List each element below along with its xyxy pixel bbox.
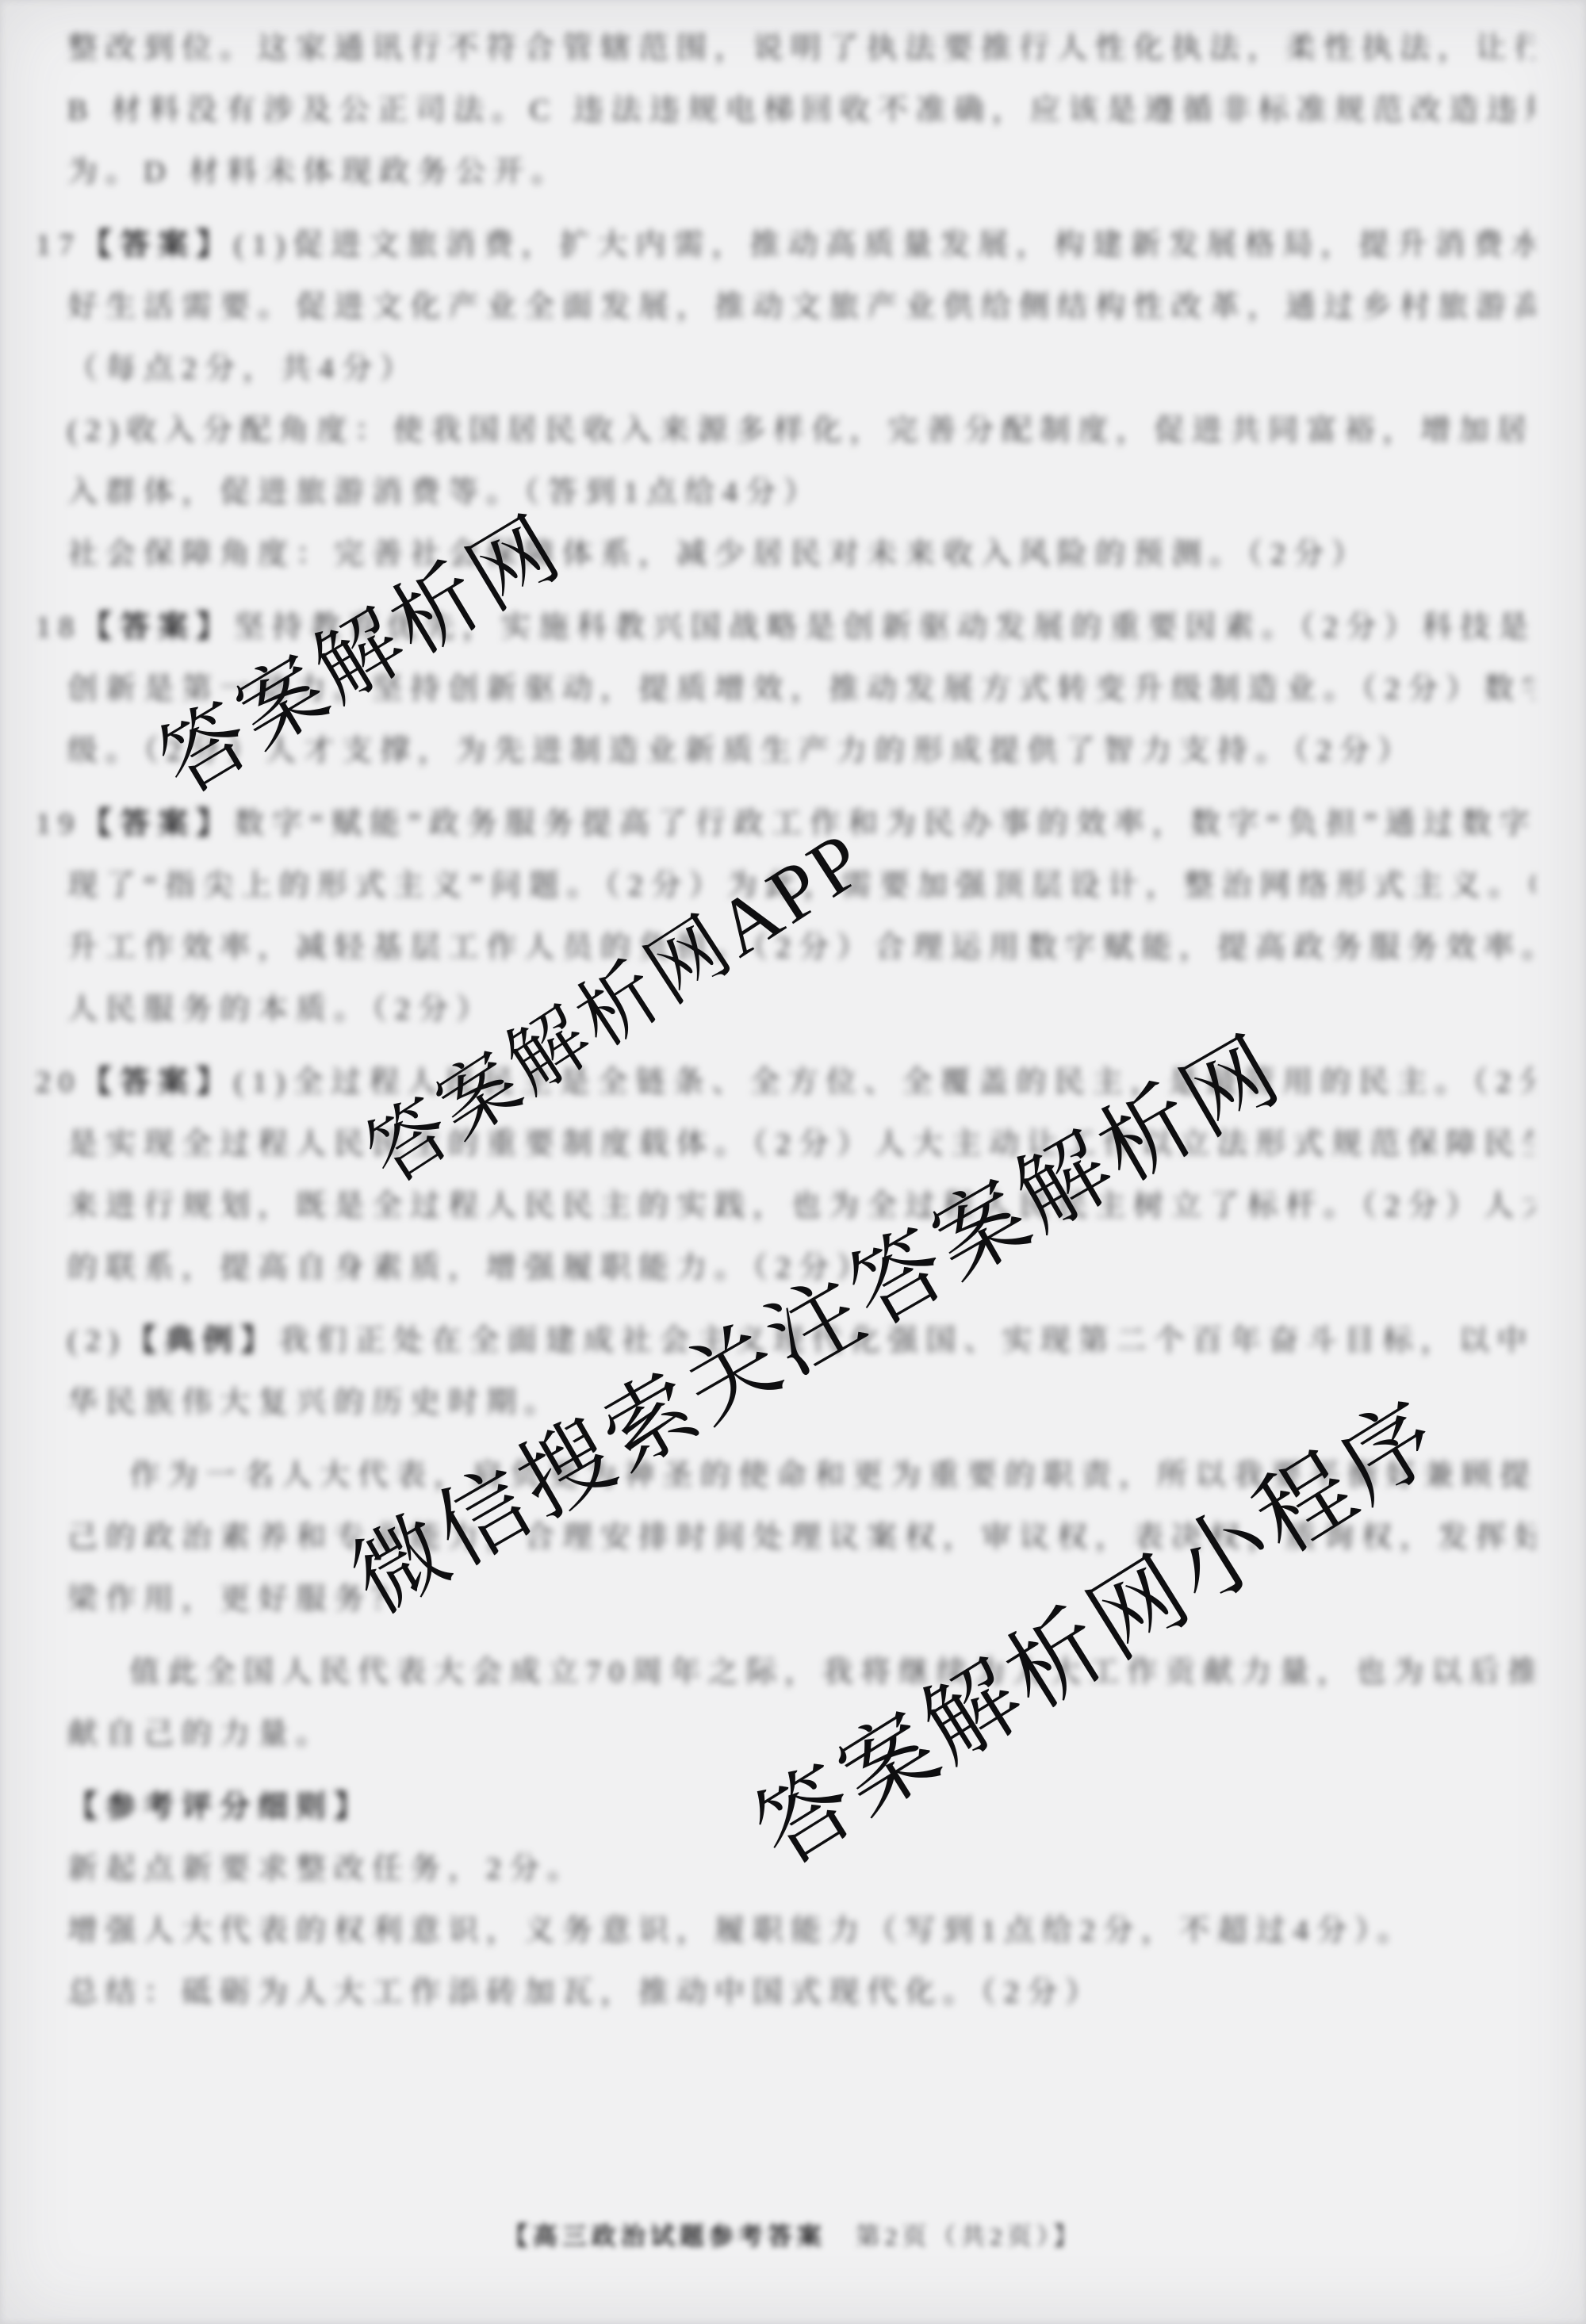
bold-text-run: 【答案】 — [82, 1066, 234, 1099]
text-run: 社会保障角度：完善社会保障体系，减少居民对未来收入风险的预测。（2分） — [67, 538, 1370, 571]
text-run: 人民服务的本质。（2分） — [67, 993, 494, 1026]
text-line: 增强人大代表的权利意识，义务意识，履职能力（写到1点给2分，不超过4分）。 — [67, 1900, 1534, 1962]
bold-text-run: 【答案】 — [82, 807, 234, 840]
text-run: B 材料没有涉及公正司法。C 违法违规电梯回收不准确，应该是遵循非标准规范改造违… — [67, 94, 1534, 127]
scanned-answer-sheet-page: { "page": { "background_color": "#f1f1f2… — [0, 0, 1586, 2324]
text-run: 华民族伟大复兴的历史时期。 — [67, 1386, 562, 1419]
text-line: 20【答案】(1)全过程人民民主是全链条、全方位、全覆盖的民主，是最管用的民主。… — [36, 1051, 1534, 1113]
text-line: 好生活需要。促进文化产业全面发展，推动文旅产业供给侧结构性改革，通过乡村旅游高质… — [67, 276, 1534, 338]
text-line: 梁作用，更好服务？ — [67, 1568, 1534, 1630]
text-line: 值此全国人民代表大会成立70周年之际，我将继续为人大工作贡献力量，也为以后推动中… — [67, 1641, 1534, 1703]
text-run: 献自己的力量。 — [67, 1717, 334, 1751]
text-run: 梁作用，更好服务？ — [67, 1583, 410, 1616]
text-run: (1)促进文旅消费，扩大内需，推动高质量发展，构建新发展格局，提升消费水平，满足… — [234, 228, 1534, 262]
text-line: 17【答案】(1)促进文旅消费，扩大内需，推动高质量发展，构建新发展格局，提升消… — [36, 214, 1534, 276]
text-run: (2)收入分配角度：使我国居民收入来源多样化，完善分配制度，促进共同富裕，增加居… — [67, 414, 1534, 447]
text-run: 为。D 材料未体现政务公开。 — [67, 155, 569, 189]
text-line: B 材料没有涉及公正司法。C 违法违规电梯回收不准确，应该是遵循非标准规范改造违… — [67, 79, 1534, 141]
text-line: 入群体，促进旅游消费等。（答到1点给4分） — [67, 461, 1534, 523]
text-run: 18 — [36, 611, 82, 644]
text-run: 20 — [36, 1066, 82, 1099]
text-run: 来进行规划，既是全过程人民民主的实践，也为全过程人民民主树立了标杆。（2分）人大… — [67, 1189, 1534, 1223]
text-run: 增强人大代表的权利意识，义务意识，履职能力（写到1点给2分，不超过4分）。 — [67, 1914, 1416, 1947]
text-line: (2)收入分配角度：使我国居民收入来源多样化，完善分配制度，促进共同富裕，增加居… — [67, 400, 1534, 461]
text-run: 总结：砥砺为人大工作添砖加瓦，推动中国式现代化。（2分） — [67, 1976, 1103, 2009]
text-run: 值此全国人民代表大会成立70周年之际，我将继续为人大工作贡献力量，也为以后推动中… — [129, 1656, 1534, 1689]
text-line: 是实现全过程人民民主的重要制度载体。（2分）人大主动让工作以立法形式规范保障民生… — [67, 1113, 1534, 1175]
paragraph-2: 17【答案】(1)促进文旅消费，扩大内需，推动高质量发展，构建新发展格局，提升消… — [67, 214, 1534, 585]
bold-text-run: 【答案】 — [82, 228, 234, 262]
text-line: 总结：砥砺为人大工作添砖加瓦，推动中国式现代化。（2分） — [67, 1962, 1534, 2023]
bold-text-run: 【典例】 — [126, 1324, 278, 1357]
page-footer: 【高三政治试题参考答案 第2页（共2页）】 — [0, 2217, 1586, 2257]
bold-text-run: 【参考评分细则】 — [67, 1790, 372, 1824]
text-run: 好生活需要。促进文化产业全面发展，推动文旅产业供给侧结构性改革，通过乡村旅游高质… — [67, 290, 1534, 324]
text-run: 入群体，促进旅游消费等。（答到1点给4分） — [67, 476, 822, 509]
footer-page-number: 第2页（共2页）】 — [826, 2223, 1083, 2250]
text-run: 数字“赋能”政务服务提高了行政工作和为民办事的效率，数字“负担”通过数字电子手段… — [234, 807, 1534, 840]
text-line: 人民服务的本质。（2分） — [67, 978, 1534, 1040]
text-run: 整改到位。这家通讯行不符合管辖范围，说明了执法要推行人性化执法，柔性执法，让行政… — [67, 32, 1534, 65]
text-run: （每点2分，共4分） — [67, 352, 418, 385]
bold-text-run: 【答案】 — [82, 611, 234, 644]
text-line: 为。D 材料未体现政务公开。 — [67, 141, 1534, 203]
text-run: 17 — [36, 228, 82, 262]
text-line: 社会保障角度：完善社会保障体系，减少居民对未来收入风险的预测。（2分） — [67, 523, 1534, 585]
text-run: 19 — [36, 807, 82, 840]
footer-title: 【高三政治试题参考答案 — [504, 2223, 826, 2250]
text-run: (2) — [67, 1324, 126, 1357]
text-run: 新起点新要求整改任务，2分。 — [67, 1852, 585, 1886]
text-line: 来进行规划，既是全过程人民民主的实践，也为全过程人民民主树立了标杆。（2分）人大… — [67, 1175, 1534, 1237]
text-run: 是实现全过程人民民主的重要制度载体。（2分）人大主动让工作以立法形式规范保障民生… — [67, 1128, 1534, 1161]
text-line: 整改到位。这家通讯行不符合管辖范围，说明了执法要推行人性化执法，柔性执法，让行政… — [67, 17, 1534, 79]
text-line: （每点2分，共4分） — [67, 338, 1534, 400]
paragraph-1: 整改到位。这家通讯行不符合管辖范围，说明了执法要推行人性化执法，柔性执法，让行政… — [67, 17, 1534, 203]
